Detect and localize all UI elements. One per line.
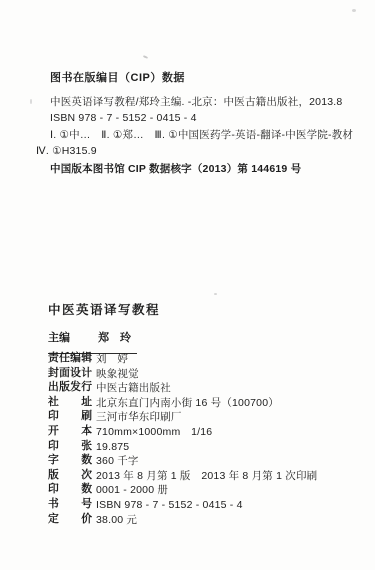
- colophon-row-responsible-editor: 责任编辑刘 婷: [48, 351, 368, 366]
- row-value: 360 千字: [96, 455, 139, 467]
- row-label: 开本: [48, 424, 92, 439]
- row-value: 38.00 元: [96, 514, 137, 526]
- row-label: 字数: [48, 453, 92, 468]
- row-value: 北京东直门内南小街 16 号（100700）: [96, 397, 279, 409]
- row-value: 刘 婷: [96, 353, 128, 365]
- colophon-row-format: 开本710mm×1000mm 1/16: [48, 424, 368, 439]
- scan-speck: [214, 293, 217, 295]
- cip-classification-line-1: Ⅰ. ①中… Ⅱ. ①郑… Ⅲ. ①中国医药学-英语-翻译-中医学院-教材: [50, 128, 365, 144]
- book-title: 中医英语译写教程: [48, 300, 160, 318]
- row-label: 出版发行: [48, 380, 92, 395]
- row-label: 定价: [48, 512, 92, 527]
- colophon-row-price: 定价38.00 元: [48, 512, 368, 527]
- cip-data-block: 图书在版编目（CIP）数据 中医英语译写教程/郑玲主编. -北京：中医古籍出版社…: [50, 69, 365, 178]
- row-value: 19.875: [96, 441, 129, 453]
- row-label: 责任编辑: [48, 351, 92, 366]
- colophon-row-cover-design: 封面设计映象视觉: [48, 366, 368, 381]
- colophon-row-sheets: 印张19.875: [48, 439, 368, 454]
- row-value: 710mm×1000mm 1/16: [96, 426, 212, 438]
- row-label: 社址: [48, 395, 92, 410]
- cip-bibliographic-line: 中医英语译写教程/郑玲主编. -北京：中医古籍出版社，2013.8: [50, 95, 365, 111]
- colophon-row-publisher: 出版发行中医古籍出版社: [48, 380, 368, 395]
- row-label: 印张: [48, 439, 92, 454]
- row-label: 书号: [48, 497, 92, 512]
- row-label: 封面设计: [48, 366, 92, 381]
- cip-classification-line-2: Ⅳ. ①H315.9: [36, 144, 365, 160]
- colophon-row-printer: 印刷三河市华东印刷厂: [48, 409, 368, 424]
- row-label: 印数: [48, 482, 92, 497]
- row-value: 映象视觉: [96, 368, 139, 380]
- colophon-row-edition: 版次2013 年 8 月第 1 版 2013 年 8 月第 1 次印刷: [48, 468, 368, 483]
- row-label: 印刷: [48, 409, 92, 424]
- cip-heading: 图书在版编目（CIP）数据: [50, 69, 365, 85]
- row-value: 0001 - 2000 册: [96, 484, 168, 496]
- colophon-row-isbn: 书号ISBN 978 - 7 - 5152 - 0415 - 4: [48, 497, 368, 512]
- scan-speck: [143, 55, 148, 59]
- colophon-row-word-count: 字数360 千字: [48, 453, 368, 468]
- colophon-row-address: 社址北京东直门内南小街 16 号（100700）: [48, 395, 368, 410]
- colophon-table: 责任编辑刘 婷 封面设计映象视觉 出版发行中医古籍出版社 社址北京东直门内南小街…: [48, 351, 368, 526]
- colophon-row-print-run: 印数0001 - 2000 册: [48, 482, 368, 497]
- cip-isbn-line: ISBN 978 - 7 - 5152 - 0415 - 4: [50, 111, 365, 127]
- row-value: 三河市华东印刷厂: [96, 411, 182, 423]
- row-value: 2013 年 8 月第 1 版 2013 年 8 月第 1 次印刷: [96, 470, 317, 482]
- row-value: 中医古籍出版社: [96, 382, 171, 394]
- row-value: ISBN 978 - 7 - 5152 - 0415 - 4: [96, 499, 243, 511]
- chief-editor-label: 主编: [48, 332, 70, 344]
- cip-record-number-line: 中国版本图书馆 CIP 数据核字（2013）第 144619 号: [50, 162, 365, 178]
- book-copyright-page: 图书在版编目（CIP）数据 中医英语译写教程/郑玲主编. -北京：中医古籍出版社…: [0, 0, 375, 570]
- row-label: 版次: [48, 468, 92, 483]
- chief-editor-name: 郑 玲: [98, 332, 131, 344]
- scan-speck: [30, 99, 32, 104]
- chief-editor-line: 主编 郑 玲: [48, 329, 160, 345]
- title-block: 中医英语译写教程 主编 郑 玲: [48, 300, 160, 354]
- scan-speck: [352, 9, 356, 12]
